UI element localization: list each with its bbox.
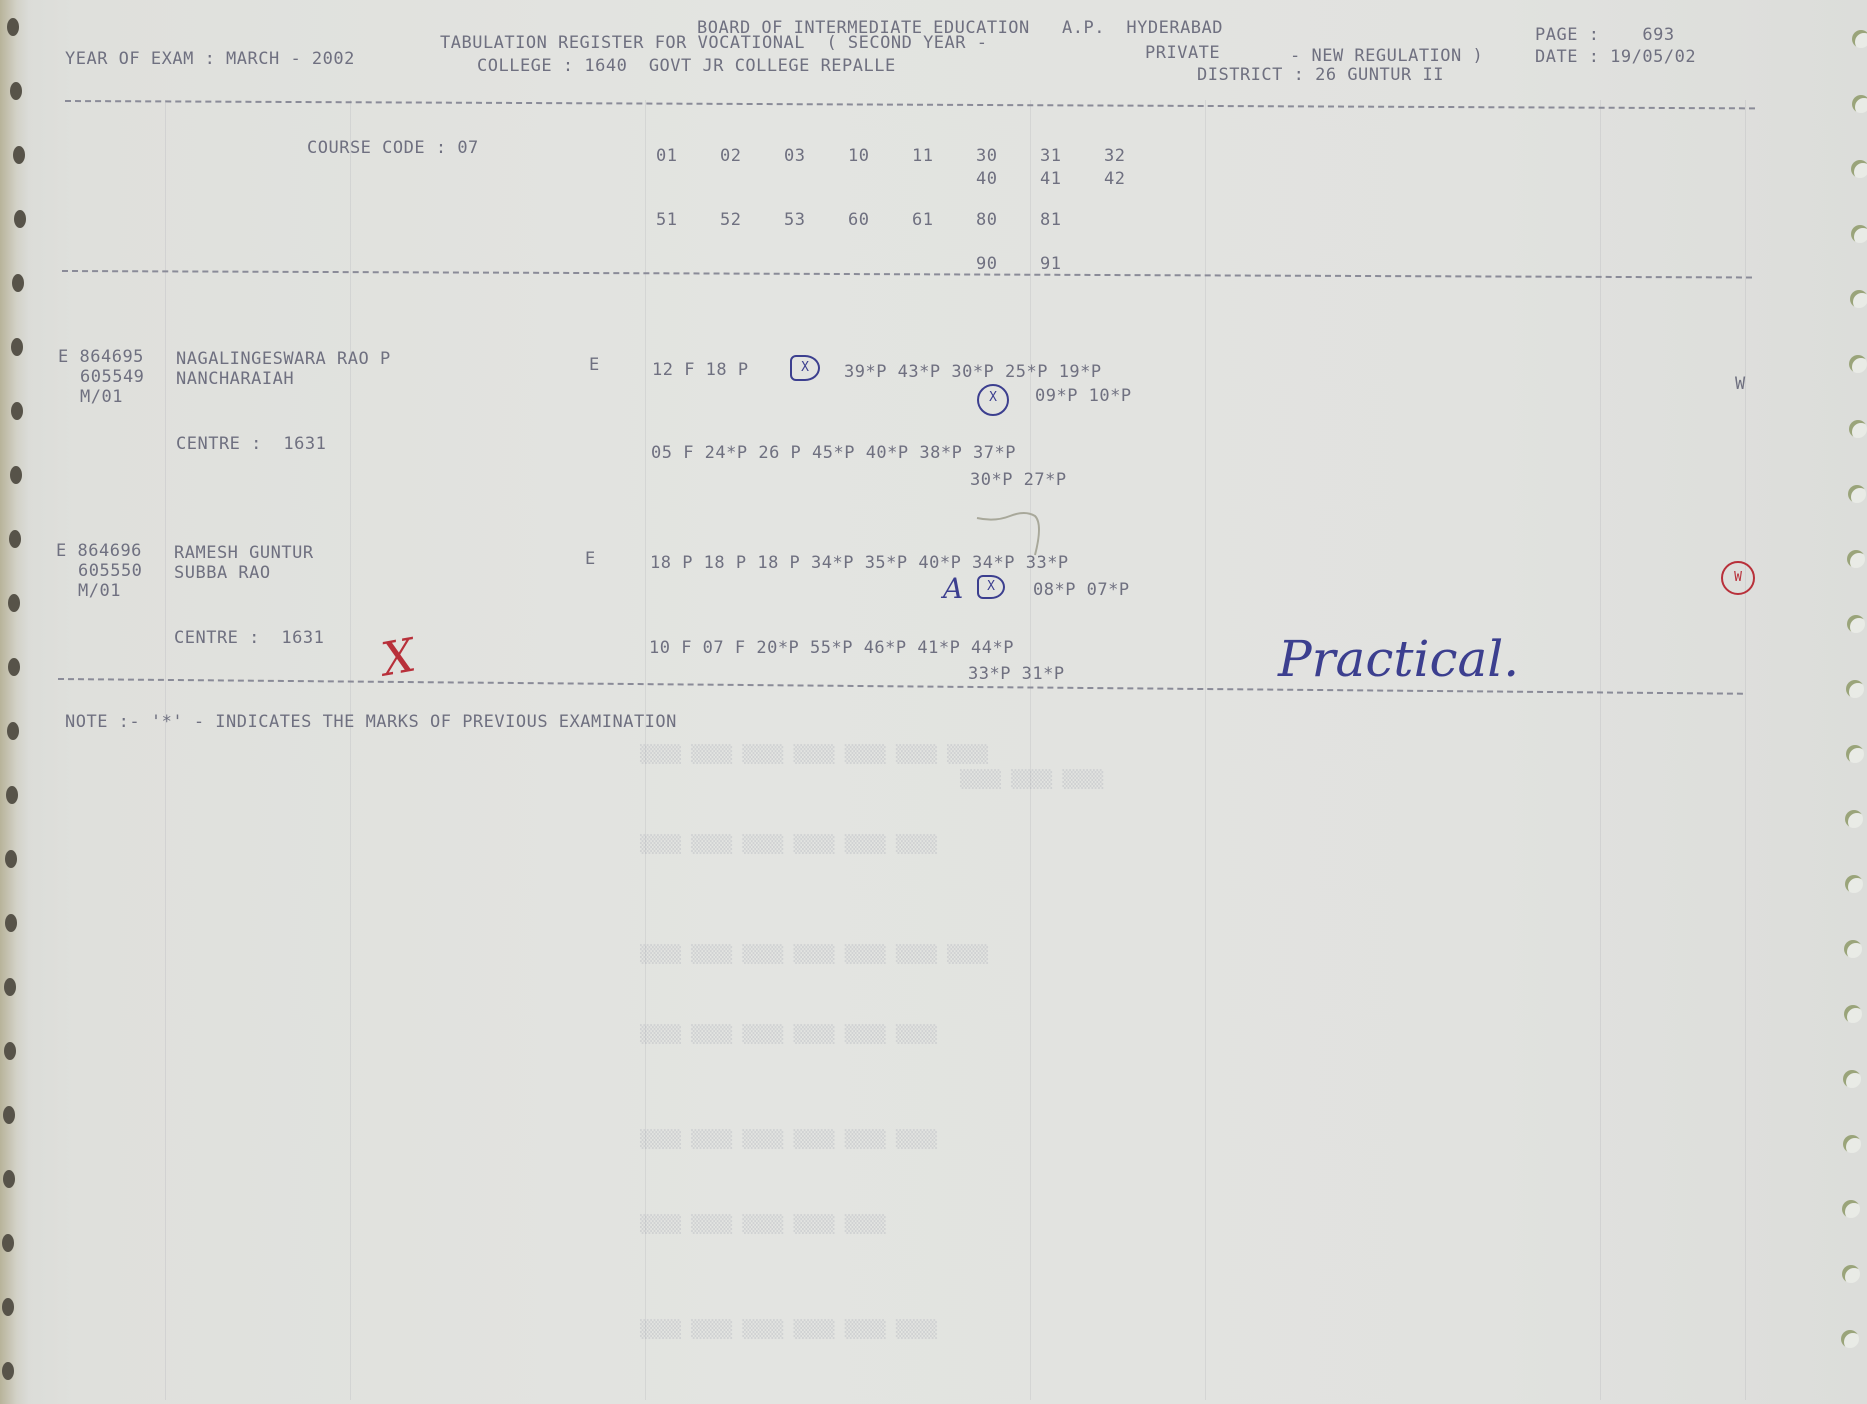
feed-hole <box>2 1362 14 1380</box>
feed-hole <box>7 722 19 740</box>
tractor-feed-strip <box>0 0 28 1404</box>
subject-code: 01 <box>656 146 677 166</box>
candidate-name: RAMESH GUNTUR <box>174 543 314 563</box>
category: PRIVATE <box>1145 43 1220 63</box>
marks-row2b: 30*P 27*P <box>970 470 1067 490</box>
page-label: PAGE <box>1535 25 1578 45</box>
subject-code: 42 <box>1104 169 1125 189</box>
hair-strand <box>975 510 1055 560</box>
feed-hole <box>1847 615 1865 633</box>
marks-row1b: 08*P 07*P <box>1033 580 1130 600</box>
reg-number: 605550 <box>78 561 142 581</box>
feed-hole <box>10 466 22 484</box>
district-line: DISTRICT : 26 GUNTUR II <box>1197 65 1444 85</box>
feed-hole <box>8 594 20 612</box>
reg-number: 605549 <box>80 367 144 387</box>
candidate-flag: E <box>56 541 67 561</box>
subject-code: 61 <box>912 210 933 230</box>
register-sheet: ▒▒▒▒ ▒▒▒▒ ▒▒▒▒ ▒▒▒▒ ▒▒▒▒ ▒▒▒▒ ▒▒▒▒ ▒▒▒▒ … <box>0 0 1867 1404</box>
subject-code: 91 <box>1040 254 1061 274</box>
marks-row1: 12 F 18 P <box>652 360 749 380</box>
medium-flag: E <box>585 549 596 569</box>
feed-hole <box>10 82 22 100</box>
marks-row1b: 09*P 10*P <box>1035 386 1132 406</box>
course-code: COURSE CODE : 07 <box>307 138 479 158</box>
feed-hole <box>11 338 23 356</box>
subject-code: 40 <box>976 169 997 189</box>
centre-value: 1631 <box>281 628 324 648</box>
candidate-flag: E <box>58 347 69 367</box>
college-name: GOVT JR COLLEGE REPALLE <box>649 56 896 76</box>
result-status: W <box>1735 374 1746 394</box>
feed-hole <box>1851 225 1867 243</box>
subject-code: 31 <box>1040 146 1061 166</box>
subject-code: 41 <box>1040 169 1061 189</box>
centre-value: 1631 <box>283 434 326 454</box>
header-divider <box>65 100 1755 109</box>
regulation: - NEW REGULATION ) <box>1290 46 1483 66</box>
medium: M/01 <box>80 387 123 407</box>
feed-hole <box>8 658 20 676</box>
feed-hole <box>2 1298 14 1316</box>
feed-hole <box>1847 550 1865 568</box>
feed-hole <box>1852 95 1867 113</box>
result-status-circled: W <box>1721 561 1755 595</box>
subject-code: 81 <box>1040 210 1061 230</box>
feed-hole <box>13 146 25 164</box>
feed-hole <box>6 786 18 804</box>
feed-hole <box>12 274 24 292</box>
feed-hole <box>1846 745 1864 763</box>
feed-hole <box>2 1234 14 1252</box>
feed-hole <box>1849 355 1867 373</box>
year-of-exam: YEAR OF EXAM : MARCH - 2002 <box>65 49 355 69</box>
feed-hole <box>1844 940 1862 958</box>
year-of-exam-value: MARCH - 2002 <box>226 49 355 69</box>
marks-row2: 05 F 24*P 26 P 45*P 40*P 38*P 37*P <box>651 443 1016 463</box>
column-header-divider <box>62 270 1752 278</box>
college-label: COLLEGE <box>477 56 552 76</box>
year-of-exam-label: YEAR OF EXAM <box>65 49 194 69</box>
feed-hole <box>1848 485 1866 503</box>
subject-code: 60 <box>848 210 869 230</box>
feed-hole <box>4 1042 16 1060</box>
handwritten-annotation: A <box>943 572 963 605</box>
feed-hole <box>4 978 16 996</box>
circled-absent-mark: X <box>977 575 1005 599</box>
feed-hole <box>1852 30 1867 48</box>
feed-hole <box>9 530 21 548</box>
feed-hole <box>1844 1005 1862 1023</box>
feed-hole <box>3 1106 15 1124</box>
district-label: DISTRICT <box>1197 65 1283 85</box>
centre-label: CENTRE <box>174 628 238 648</box>
medium-flag: E <box>589 355 600 375</box>
subject-code: 03 <box>784 146 805 166</box>
feed-hole <box>5 850 17 868</box>
medium: M/01 <box>78 581 121 601</box>
feed-hole <box>1845 810 1863 828</box>
subject-code: 32 <box>1104 146 1125 166</box>
subject-code: 02 <box>720 146 741 166</box>
centre: CENTRE : 1631 <box>176 434 326 454</box>
hall-ticket: E 864695 <box>58 347 144 367</box>
feed-hole <box>5 914 17 932</box>
college-code: 1640 <box>584 56 627 76</box>
page-value: 693 <box>1642 25 1674 45</box>
centre: CENTRE : 1631 <box>174 628 324 648</box>
subject-code: 11 <box>912 146 933 166</box>
register-title: TABULATION REGISTER FOR VOCATIONAL ( SEC… <box>440 33 987 53</box>
date-value: 19/05/02 <box>1610 47 1696 67</box>
course-code-value: 07 <box>457 138 478 158</box>
feed-hole <box>3 1170 15 1188</box>
date-label: DATE <box>1535 47 1578 67</box>
feed-hole <box>1841 1330 1859 1348</box>
marks-row2b: 33*P 31*P <box>968 664 1065 684</box>
hall-ticket-number: 864696 <box>78 541 142 561</box>
page-number: PAGE : 693 <box>1535 25 1675 45</box>
subject-code: 52 <box>720 210 741 230</box>
feed-hole <box>14 210 26 228</box>
subject-code: 10 <box>848 146 869 166</box>
subject-code: 30 <box>976 146 997 166</box>
centre-label: CENTRE <box>176 434 240 454</box>
hall-ticket: E 864696 <box>56 541 142 561</box>
feed-hole <box>7 18 19 36</box>
marks-row2: 10 F 07 F 20*P 55*P 46*P 41*P 44*P <box>649 638 1014 658</box>
feed-hole <box>1846 680 1864 698</box>
marks-row1-rest: 39*P 43*P 30*P 25*P 19*P <box>844 362 1102 382</box>
feed-hole <box>1843 1070 1861 1088</box>
handwritten-note: Practical. <box>1278 630 1519 688</box>
father-name: NANCHARAIAH <box>176 369 294 389</box>
subject-code: 90 <box>976 254 997 274</box>
subject-code: 53 <box>784 210 805 230</box>
feed-hole <box>1842 1265 1860 1283</box>
feed-hole <box>1842 1200 1860 1218</box>
district-value: 26 GUNTUR II <box>1315 65 1444 85</box>
father-name: SUBBA RAO <box>174 563 271 583</box>
red-tick-mark: X <box>378 628 420 687</box>
college-line: COLLEGE : 1640 GOVT JR COLLEGE REPALLE <box>477 56 896 76</box>
candidate-name: NAGALINGESWARA RAO P <box>176 349 391 369</box>
feed-hole <box>1843 1135 1861 1153</box>
feed-hole <box>1850 290 1867 308</box>
feed-hole <box>1851 160 1867 178</box>
feed-hole <box>1845 875 1863 893</box>
print-date: DATE : 19/05/02 <box>1535 47 1696 67</box>
subject-code: 80 <box>976 210 997 230</box>
subject-code: 51 <box>656 210 677 230</box>
feed-hole <box>11 402 23 420</box>
circled-absent-mark: X <box>977 384 1009 416</box>
course-code-label: COURSE CODE <box>307 138 425 158</box>
hall-ticket-number: 864695 <box>80 347 144 367</box>
circled-absent-mark: X <box>790 355 820 381</box>
footer-note: NOTE :- '*' - INDICATES THE MARKS OF PRE… <box>65 712 677 732</box>
feed-hole <box>1849 420 1867 438</box>
